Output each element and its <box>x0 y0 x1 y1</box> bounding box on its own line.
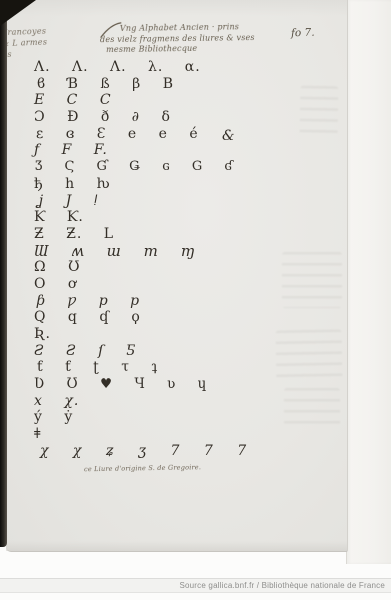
ink-show-through <box>300 86 339 137</box>
ampersand-specimen: & <box>222 128 234 144</box>
attribution-band: Source gallica.bnf.fr / Bibliothèque nat… <box>0 578 391 593</box>
alphabet-table: Λ. Λ. Λ. λ. α. ϐ Ɓ ß β B E C C Ɔ Ɖ ð ∂ δ… <box>34 59 296 460</box>
alphabet-row-g: Ʒ Ϛ Ɠ Ǥ ɢ G ʛ <box>35 159 296 176</box>
alphabet-row-l: Ƶ Ƶ. L <box>34 226 296 243</box>
alphabet-row-d: Ɔ Ɖ ð ∂ δ <box>34 109 296 126</box>
alphabet-row-z: ǂ <box>34 426 296 443</box>
alphabet-row-s: Ƨ Ƨ ſ Ƽ <box>34 343 296 360</box>
manuscript-scan: Francoyes & L armes es Vng Alphabet Anci… <box>0 0 391 600</box>
alphabet-row-m: Ɯ ʍ ɯ m ɱ <box>34 243 296 260</box>
alphabet-row-x: x χ. <box>34 393 296 410</box>
alphabet-row-p: ƥ ƿ p p <box>36 293 296 310</box>
alphabet-row-t: ƭ ƭ ʈ τ ʇ <box>37 359 296 376</box>
alphabet-row-v: Ʋ Ʊ ♥ Ч ʋ ɥ <box>34 376 296 393</box>
alphabet-row-a: Λ. Λ. Λ. λ. α. <box>34 59 296 76</box>
book-binding-shadow <box>0 0 7 547</box>
folio-number: fo 7. <box>291 27 315 40</box>
alphabet-row-k: Ƙ Ƙ. <box>34 209 296 226</box>
underlying-page-edge <box>346 0 391 564</box>
alphabet-row-e: ε ɞ Ɛ e e é <box>36 126 296 143</box>
alphabet-row-n: Ω Ʊ <box>34 259 296 276</box>
margin-annotation: Francoyes & L armes es <box>1 25 66 60</box>
attribution-text: Source gallica.bnf.fr / Bibliothèque nat… <box>179 581 385 590</box>
alphabet-row-f: ƒ F F. <box>34 142 296 159</box>
alphabet-row-h: ђ h ƕ <box>34 176 296 193</box>
alphabet-row-b: ϐ Ɓ ß β B <box>37 76 296 93</box>
alphabet-row-o: O ơ <box>34 276 296 293</box>
pen-flourish-icon <box>100 22 122 38</box>
alphabet-row-c: E C C <box>34 92 296 109</box>
header-annotation: Vng Alphabet Ancien · prins des vielz fr… <box>100 22 270 56</box>
alphabet-row-q: Q q ʠ ϙ <box>34 309 296 326</box>
alphabet-row-r: Ʀ. <box>34 326 296 343</box>
alphabet-row-et: χ χ ʑ ʒ 7 7 7 <box>40 443 296 460</box>
alphabet-row-i: ʝ J ǃ <box>38 193 296 210</box>
alphabet-row-y: ý ẏ <box>34 409 296 426</box>
